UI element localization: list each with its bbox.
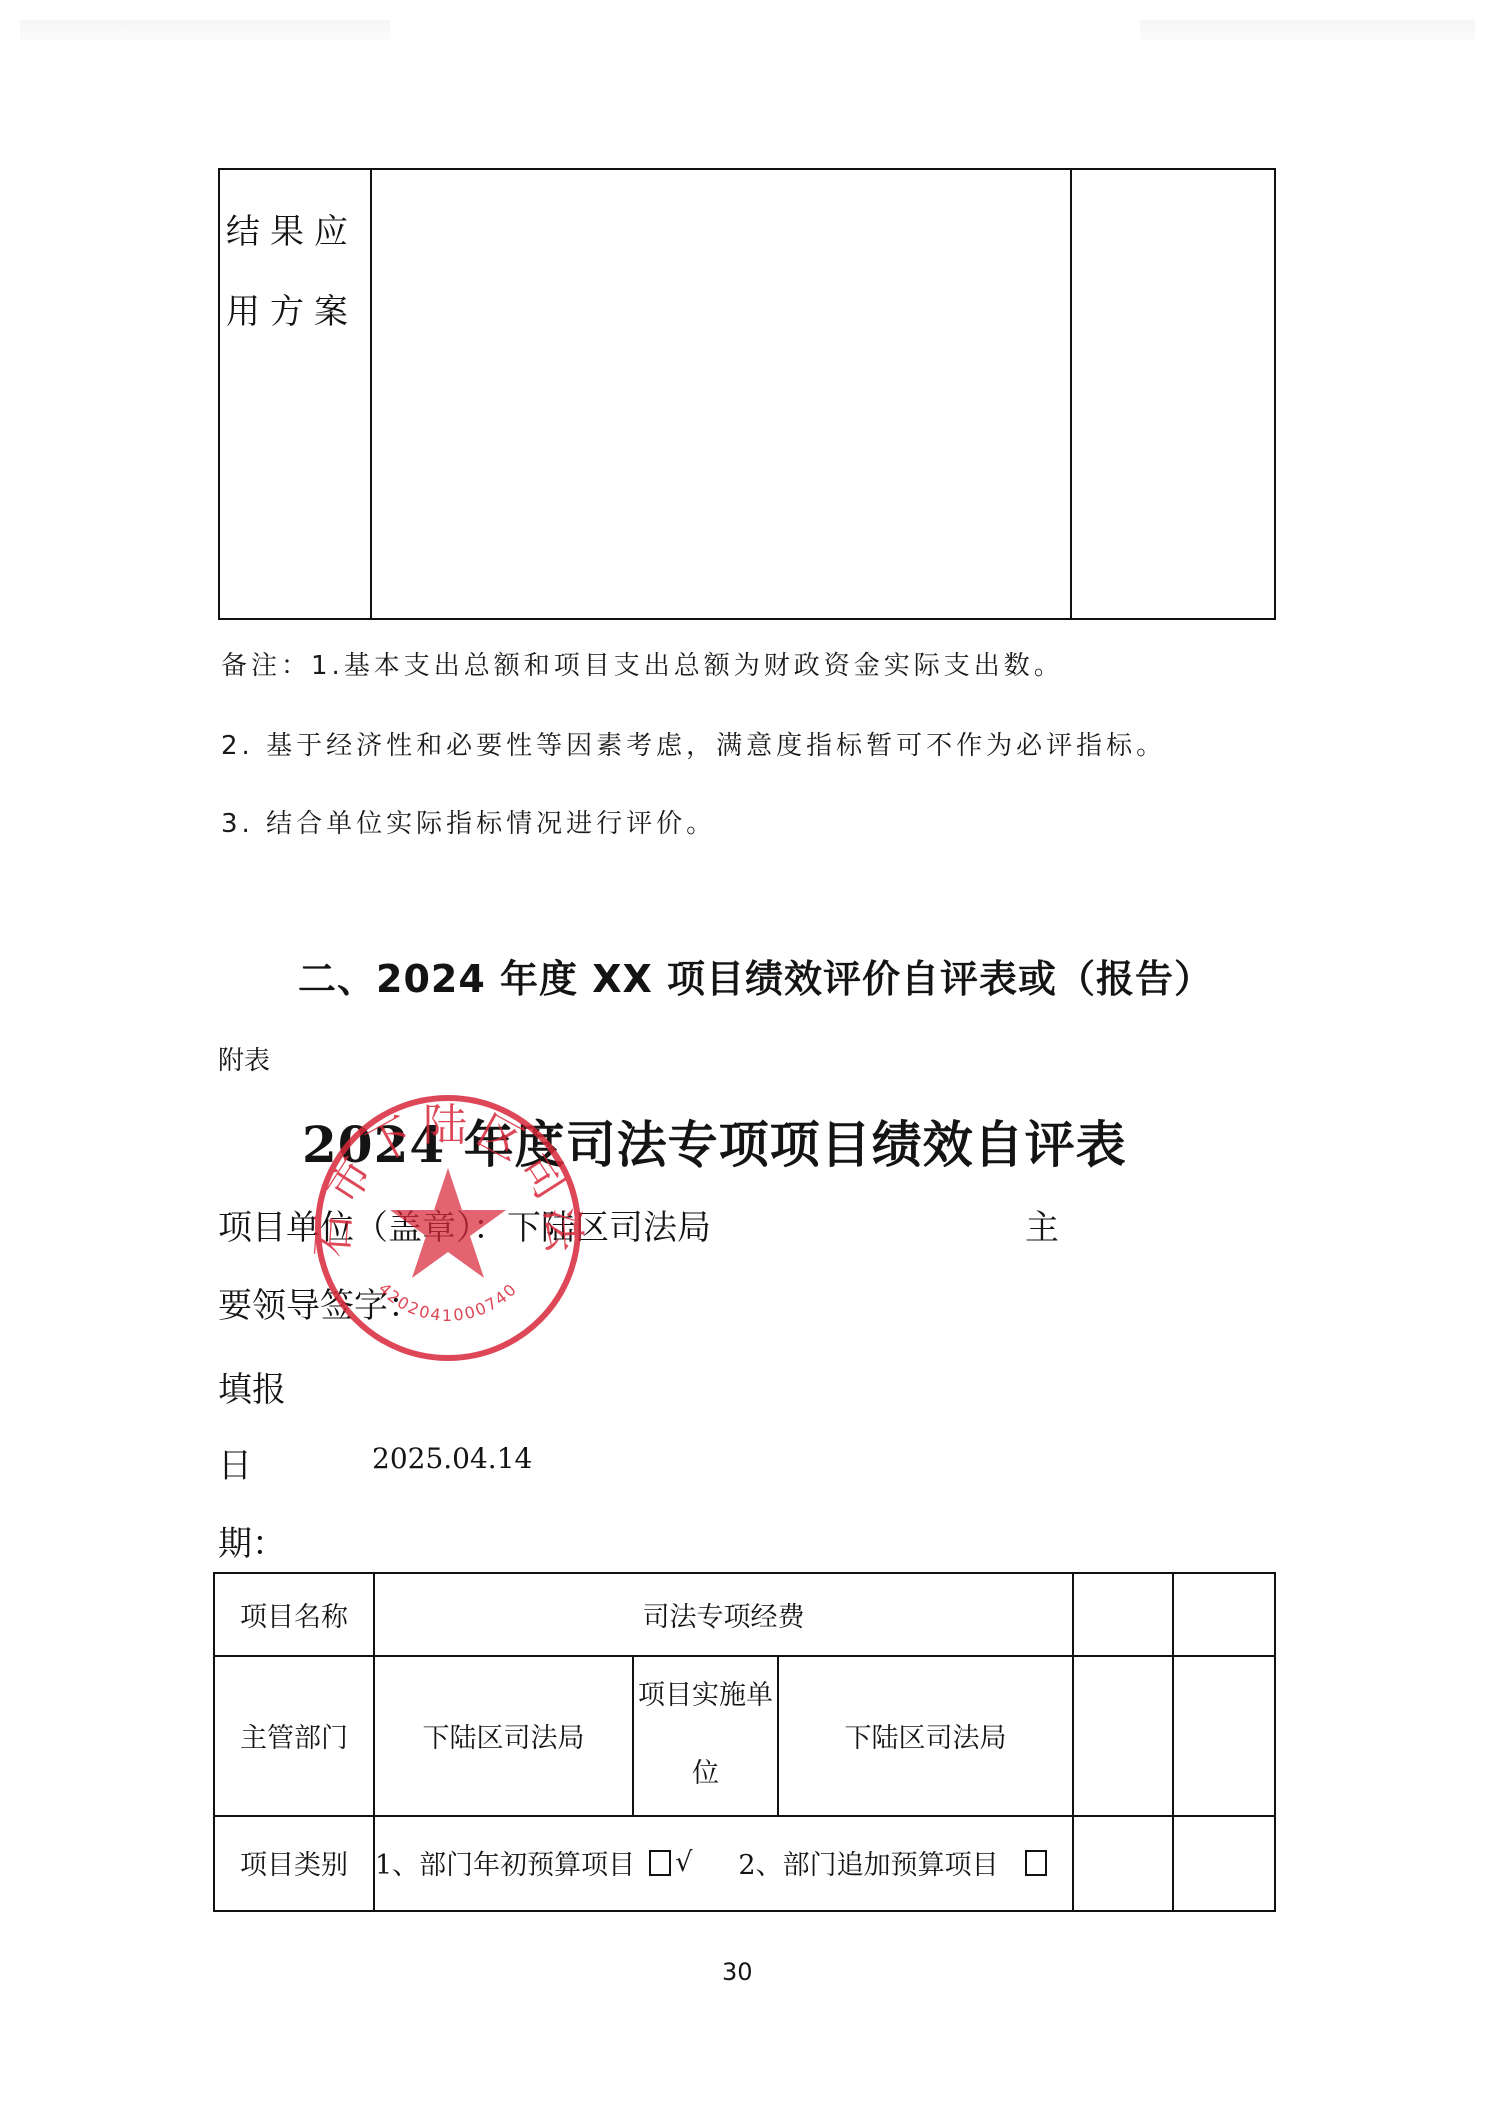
leader-signature-label: 要领导签字：	[218, 1278, 422, 1327]
project-info-table: 项目名称 司法专项经费 主管部门 下陆区司法局 项目实施单 位 下陆区司法局 项…	[213, 1572, 1276, 1912]
appendix-label: 附表	[218, 1040, 270, 1077]
implementing-unit-label-line2: 位	[692, 1735, 719, 1813]
date-label-part1: 填报	[218, 1362, 286, 1411]
note-3: 3. 结合单位实际指标情况进行评价。	[221, 803, 716, 840]
project-name-value: 司法专项经费	[375, 1574, 1072, 1655]
result-application-right-cell	[1080, 180, 1260, 600]
leader-label-part1: 主	[1025, 1200, 1059, 1249]
label-line-2: 用方案	[226, 272, 366, 352]
date-label-part2: 日	[218, 1438, 252, 1487]
label-line-1: 结果应	[226, 192, 366, 272]
scan-artifact-left	[20, 20, 390, 40]
implementing-unit-label-line1: 项目实施单	[638, 1657, 773, 1735]
section-heading: 二、2024 年度 XX 项目绩效评价自评表或（报告）	[298, 948, 1213, 1003]
column-divider	[1072, 1574, 1074, 1910]
column-divider	[370, 170, 372, 618]
column-divider	[1172, 1574, 1174, 1910]
page-number: 30	[722, 1958, 753, 1986]
date-value: 2025.04.14	[372, 1442, 532, 1475]
note-1: 备注：1.基本支出总额和项目支出总额为财政资金实际支出数。	[221, 645, 1064, 682]
result-application-content	[380, 180, 1060, 600]
unit-label: 项目单位（盖章）：	[218, 1208, 507, 1248]
checkmark-icon: √	[675, 1847, 692, 1878]
option-annual-budget-label: 1、部门年初预算项目	[375, 1843, 635, 1882]
implementing-unit-value: 下陆区司法局	[779, 1655, 1072, 1815]
option-supplementary-budget-label: 2、部门追加预算项目	[738, 1843, 998, 1882]
project-name-label: 项目名称	[215, 1574, 373, 1655]
unit-line: 项目单位（盖章）：下陆区司法局	[218, 1200, 711, 1249]
unit-value: 下陆区司法局	[507, 1208, 711, 1248]
column-divider	[1070, 170, 1072, 618]
form-title: 2024 年度司法专项项目绩效自评表	[302, 1105, 1127, 1177]
note-2: 2. 基于经济性和必要性等因素考虑，满意度指标暂可不作为必评指标。	[221, 725, 1166, 762]
supervising-dept-label: 主管部门	[215, 1655, 373, 1815]
result-application-table: 结果应 用方案	[218, 168, 1276, 620]
result-application-label: 结果应 用方案	[226, 192, 366, 352]
option-supplementary-budget-checkbox[interactable]	[1025, 1850, 1047, 1876]
option-annual-budget-checkbox[interactable]	[649, 1850, 671, 1876]
project-category-label: 项目类别	[215, 1815, 373, 1910]
implementing-unit-label: 项目实施单 位	[634, 1655, 777, 1815]
project-category-options: 1、部门年初预算项目 √ 2、部门追加预算项目	[375, 1815, 1072, 1910]
date-label-part3: 期：	[218, 1516, 286, 1565]
supervising-dept-value: 下陆区司法局	[375, 1655, 632, 1815]
scan-artifact-right	[1140, 20, 1475, 40]
